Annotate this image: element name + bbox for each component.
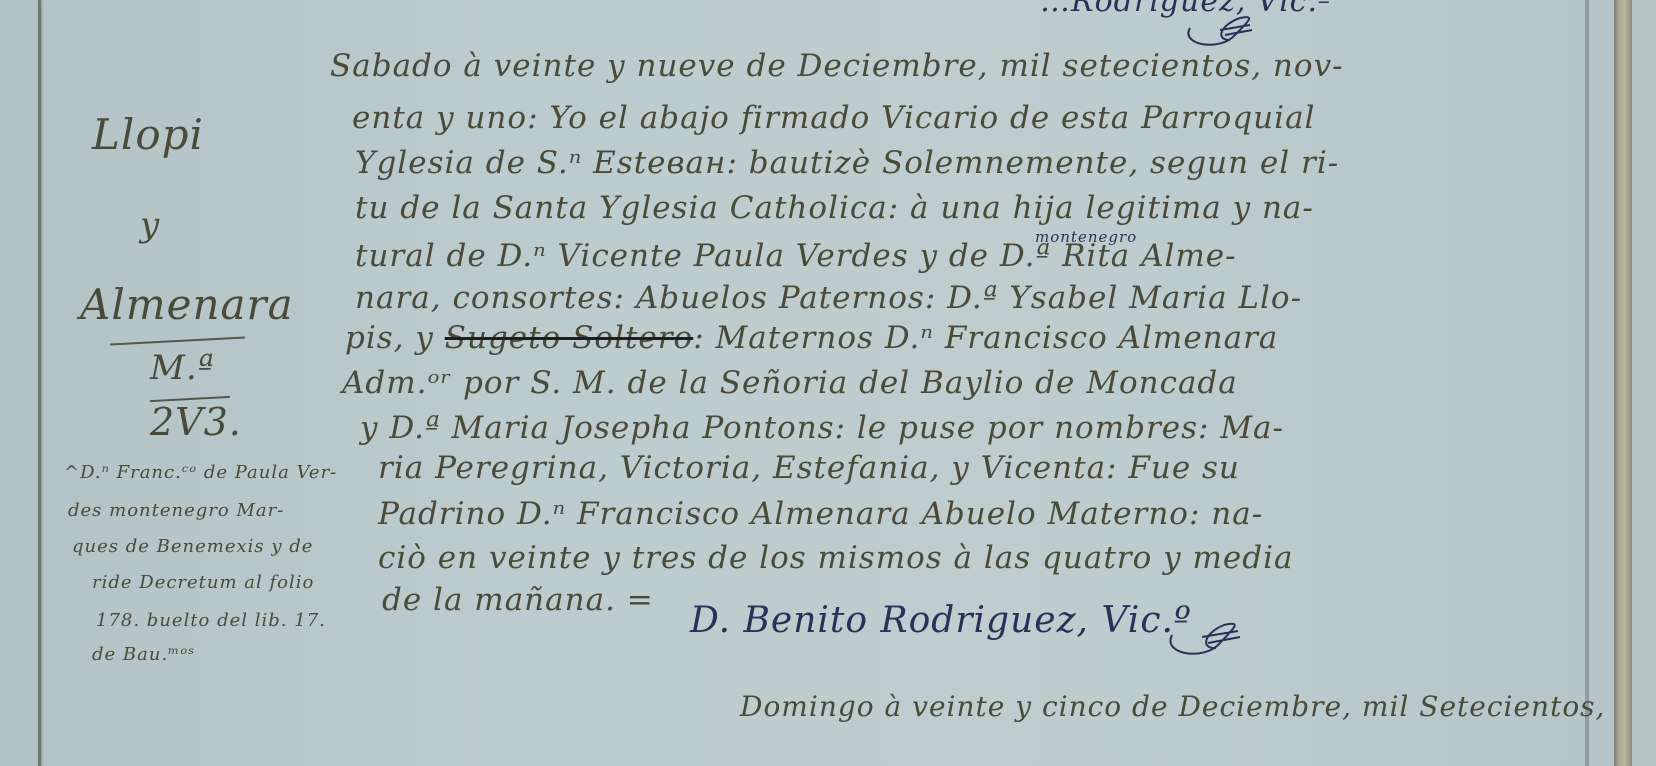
margin-surname-2: Almenara <box>80 280 294 329</box>
margin-underline-1 <box>110 336 245 345</box>
signature-rubric-top <box>1180 10 1260 50</box>
margin-entry-number: 2V3. <box>150 400 242 444</box>
margin-conjunction: y <box>140 205 160 245</box>
entry-line-end: : Maternos D.ⁿ Francisco Almenara <box>693 320 1278 356</box>
entry-line: de la mañana. = <box>382 582 654 618</box>
entry-line: nara, consortes: Abuelos Paternos: D.ª Y… <box>355 280 1302 316</box>
binding-spine <box>1614 0 1632 766</box>
priest-signature: D. Benito Rodriguez, Vic.º <box>690 600 1192 641</box>
entry-line: ciò en veinte y tres de los mismos à las… <box>378 540 1293 576</box>
entry-line: y D.ª Maria Josepha Pontons: le puse por… <box>360 410 1284 446</box>
margin-note-line: ques de Benemexis y de <box>72 536 313 557</box>
signature-rubric <box>1160 615 1250 660</box>
facing-page-edge <box>0 0 38 766</box>
binding-fold-line <box>38 0 41 766</box>
entry-line-start: pis, y <box>345 320 445 356</box>
interlined-insert: montenegro <box>1035 228 1137 246</box>
next-entry-line: Domingo à veinte y cinco de Deciembre, m… <box>740 690 1605 723</box>
margin-note-line: de Bau.ᵐᵒˢ <box>92 644 195 665</box>
margin-note-line: ride Decretum al folio <box>92 572 314 593</box>
entry-line: enta y uno: Yo el abajo firmado Vicario … <box>352 100 1315 136</box>
entry-line: ria Peregrina, Victoria, Estefania, y Vi… <box>378 450 1240 486</box>
margin-abbrev: M.ª <box>150 348 215 388</box>
next-page-edge <box>1632 0 1656 766</box>
margin-note-line: 178. buelto del lib. 17. <box>96 610 326 631</box>
entry-line: Yglesia de S.ⁿ Esteван: bautizè Solemnem… <box>355 145 1339 181</box>
entry-line: Adm.ᵒʳ por S. M. de la Señoria del Bayli… <box>342 365 1238 401</box>
margin-note-line: ^D.ⁿ Franc.ᶜᵒ de Paula Ver- <box>64 462 337 483</box>
page-edge-line <box>1585 0 1589 766</box>
entry-line: pis, y Sugeto Soltero: Maternos D.ⁿ Fran… <box>345 320 1278 356</box>
entry-line: Sabado à veinte y nueve de Deciembre, mi… <box>330 48 1344 84</box>
margin-note-line: des montenegro Mar- <box>68 500 284 521</box>
entry-line: Padrino D.ⁿ Francisco Almenara Abuelo Ma… <box>378 496 1263 532</box>
struck-out-text: Sugeto Soltero <box>445 320 693 356</box>
manuscript-page: …Rodriguez, Vic.º Llopi y Almenara M.ª 2… <box>0 0 1656 766</box>
margin-surname-1: Llopi <box>92 110 204 159</box>
entry-line: tu de la Santa Yglesia Catholica: à una … <box>355 190 1314 226</box>
